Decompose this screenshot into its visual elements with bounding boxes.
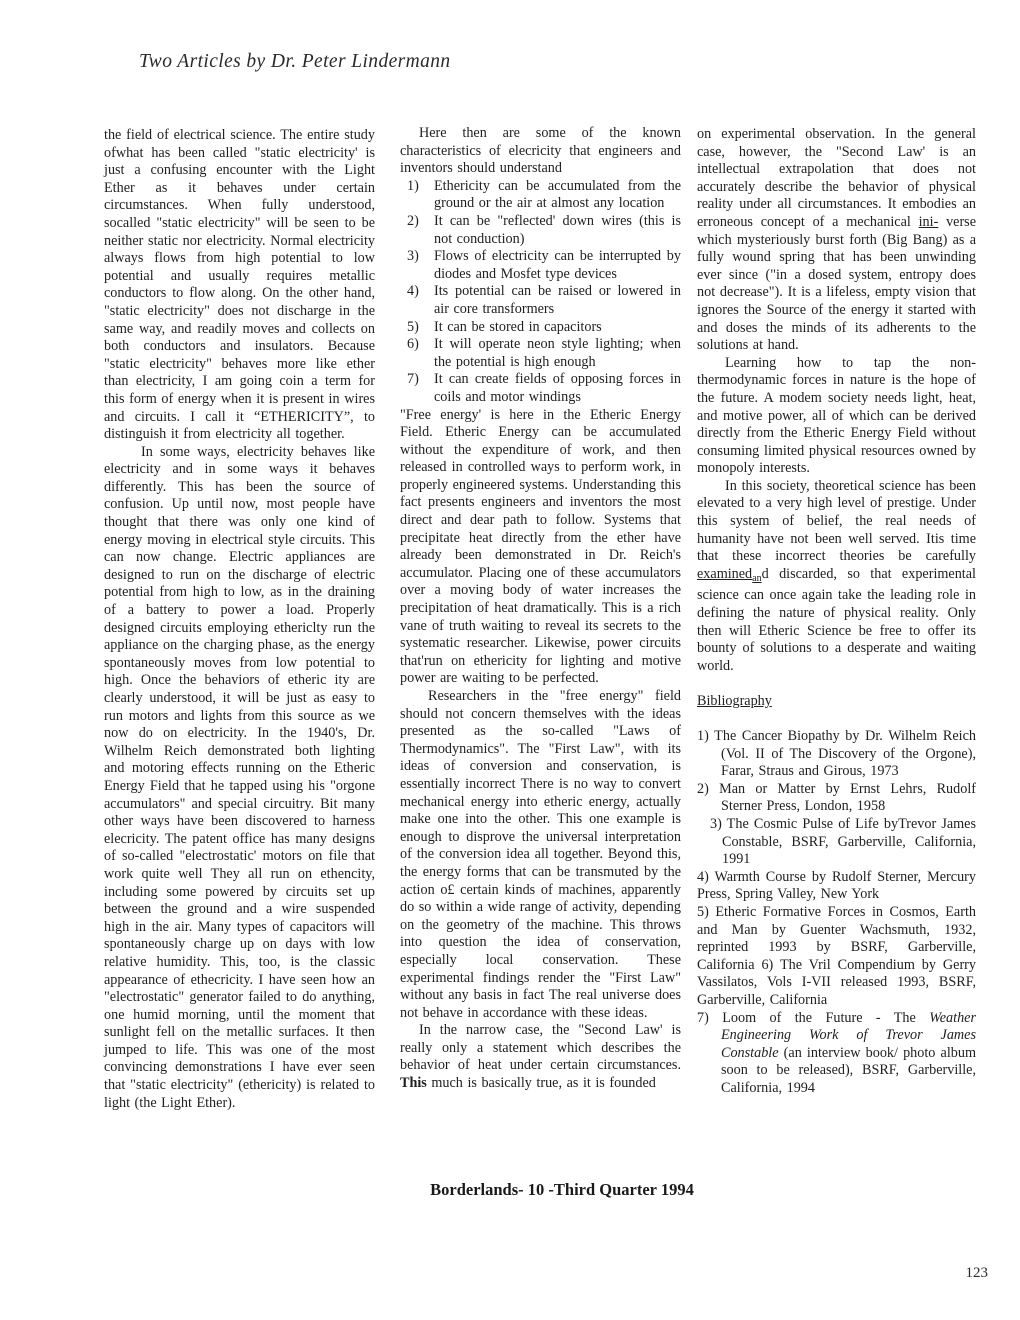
list-item-number: 2): [407, 213, 419, 231]
bibliography-heading: Bibliography: [697, 693, 976, 711]
list-item-text: Its potential can be raised or lowered i…: [434, 283, 681, 317]
paragraph: In the narrow case, the "Second Law' is …: [400, 1022, 681, 1092]
list-item-number: 3): [407, 248, 419, 266]
paragraph-text: In the narrow case, the "Second Law' is …: [400, 1022, 681, 1073]
underlined-text: ini-: [919, 214, 939, 230]
bibliography-list: 1) The Cancer Biopathy by Dr. Wilhelm Re…: [697, 728, 976, 1097]
list-item: 4) Its potential can be raised or lowere…: [400, 283, 681, 318]
list-item-text: It can be stored in capacitors: [434, 319, 602, 335]
list-item-text: Flows of electricity can be interrupted …: [434, 248, 681, 282]
list-item-number: 5): [407, 319, 419, 337]
list-item: 7) It can create fields of opposing forc…: [400, 371, 681, 406]
column-1: the field of electrical science. The ent…: [104, 127, 375, 1112]
paragraph: Here then are some of the known characte…: [400, 125, 681, 178]
column-3: on experimental observation. In the gene…: [697, 126, 976, 1097]
list-item: 2) It can be "reflected' down wires (thi…: [400, 213, 681, 248]
footer-text: Borderlands- 10 -Third Quarter 1994: [104, 1180, 1020, 1200]
paragraph: Learning how to tap the non-thermodynami…: [697, 355, 976, 478]
list-item-number: 4): [407, 283, 419, 301]
paragraph-text: d discarded, so that experimental scienc…: [697, 566, 976, 674]
paragraph: In this society, theoretical science has…: [697, 478, 976, 676]
list-item: 6) It will operate neon style lighting; …: [400, 336, 681, 371]
numbered-list: 1) Ethericity can be accumulated from th…: [400, 178, 681, 407]
bibliography-item: 3) The Cosmic Pulse of Life byTrevor Jam…: [697, 816, 976, 869]
underlined-text: examined: [697, 566, 752, 582]
subscript-text: an: [752, 573, 761, 584]
list-item-text: It can create fields of opposing forces …: [434, 371, 681, 405]
paragraph: "Free energy' is here in the Etheric Ene…: [400, 407, 681, 689]
list-item: 5) It can be stored in capacitors: [400, 319, 681, 337]
column-2: Here then are some of the known characte…: [400, 125, 681, 1093]
page-number: 123: [0, 1265, 988, 1282]
bibliography-item: 1) The Cancer Biopathy by Dr. Wilhelm Re…: [697, 728, 976, 781]
list-item: 3) Flows of electricity can be interrupt…: [400, 248, 681, 283]
bibliography-item: 7) Loom of the Future - The Weather Engi…: [697, 1010, 976, 1098]
paragraph: on experimental observation. In the gene…: [697, 126, 976, 355]
bibliography-item: 5) Etheric Formative Forces in Cosmos, E…: [697, 904, 976, 1010]
paragraph: the field of electrical science. The ent…: [104, 127, 375, 444]
paragraph: In some ways, electricity behaves like e…: [104, 444, 375, 1113]
bibliography-item: 4) Warmth Course by Rudolf Sterner, Merc…: [697, 869, 976, 904]
list-item-number: 6): [407, 336, 419, 354]
paragraph-text: much is basically true, as it is founded: [427, 1075, 656, 1091]
paragraph-text: verse which mysteriously burst forth (Bi…: [697, 214, 976, 353]
bibliography-item-text: 7) Loom of the Future - The: [697, 1010, 929, 1026]
list-item-text: It will operate neon style lighting; whe…: [434, 336, 681, 370]
document-page: { "header": { "title": "Two Articles by …: [0, 0, 1020, 1320]
bold-text: This: [400, 1075, 427, 1091]
list-item-number: 7): [407, 371, 419, 389]
list-item: 1) Ethericity can be accumulated from th…: [400, 178, 681, 213]
list-item-text: It can be "reflected' down wires (this i…: [434, 213, 681, 247]
paragraph: Researchers in the "free energy" field s…: [400, 688, 681, 1022]
list-item-text: Ethericity can be accumulated from the g…: [434, 178, 681, 212]
list-item-number: 1): [407, 178, 419, 196]
paragraph-text: In this society, theoretical science has…: [697, 478, 976, 564]
bibliography-item: 2) Man or Matter by Ernst Lehrs, Rudolf …: [697, 781, 976, 816]
page-title: Two Articles by Dr. Peter Lindermann: [139, 51, 451, 73]
